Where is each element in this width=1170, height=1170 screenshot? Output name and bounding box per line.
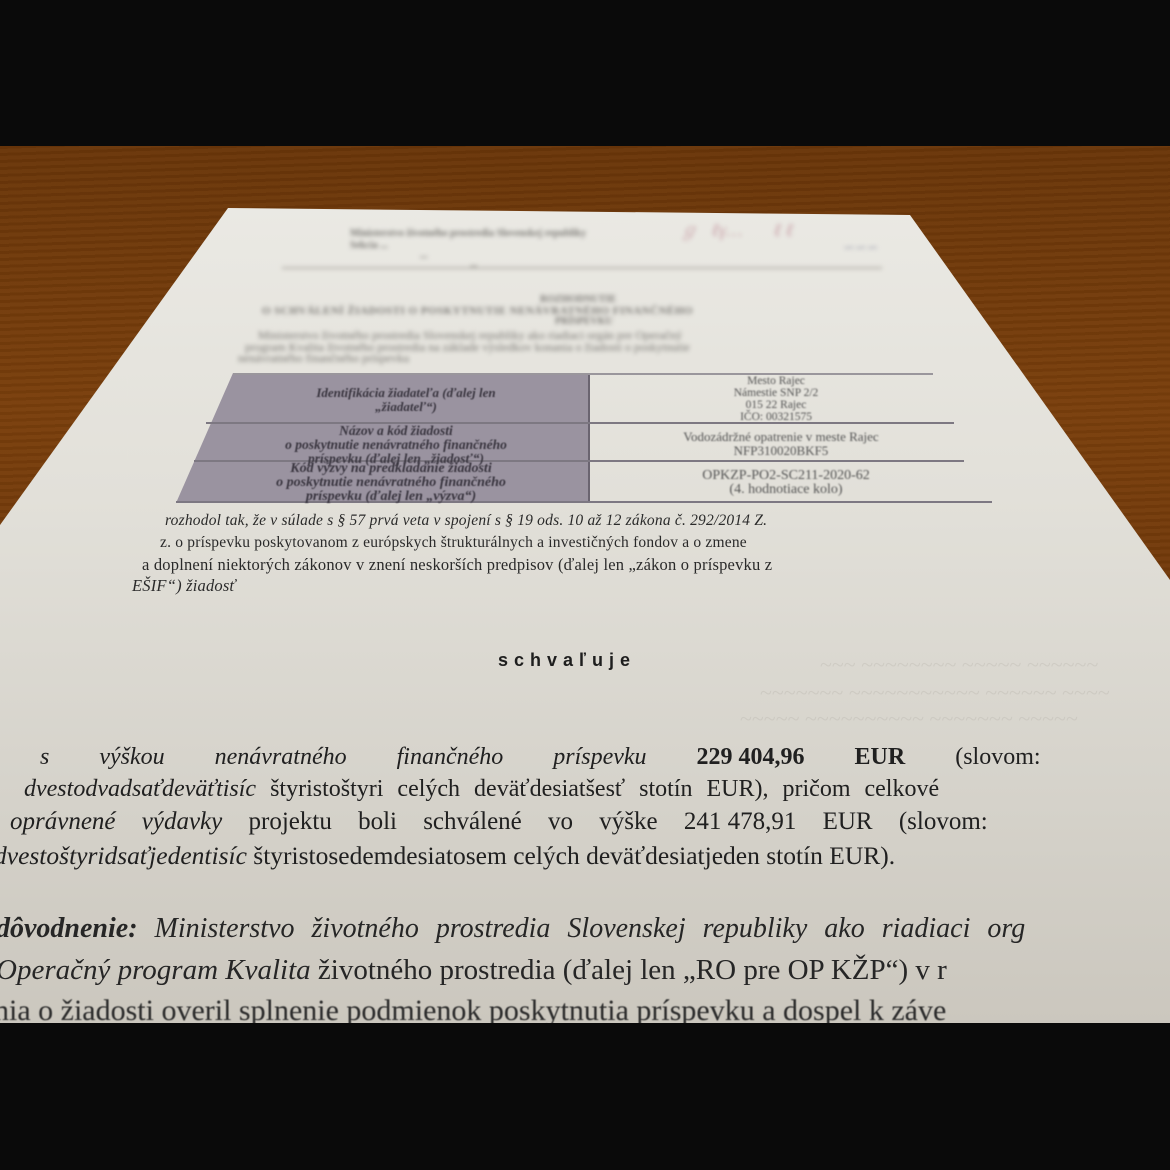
table-row-label: Kód výzvy na predkladanie žiadostio posk… <box>201 462 581 504</box>
header-rule <box>282 267 882 269</box>
photo: ℊ ℓγ… ℓ ℓ ∽∽∽ Ministerstvo životného pro… <box>0 146 1170 1023</box>
justification-label: dôvodnenie: <box>0 913 138 944</box>
amount-line-2: dvestodvadsaťdeväťtisíc štyristoštyri ce… <box>24 776 939 803</box>
justification-line-3: nia o žiadosti overil splnenie podmienok… <box>0 994 946 1023</box>
handwritten-number: ∽∽∽ <box>842 240 877 257</box>
table-row-label: Identifikácia žiadateľa (ďalej len„žiada… <box>246 386 566 414</box>
header-line: ... <box>420 250 428 261</box>
eligible-amount: 241 478,91 <box>684 808 797 835</box>
justification-line-2: Operačný program Kvalita životného prost… <box>0 954 947 987</box>
legal-basis-line: z. o príspevku poskytovanom z európskych… <box>160 534 747 552</box>
applicant-info-table: Identifikácia žiadateľa (ďalej len„žiada… <box>176 373 992 503</box>
table-row-value: Vodozádržné opatrenie v meste RajecNFP31… <box>616 430 946 458</box>
verdict-approves: schvaľuje <box>498 650 636 671</box>
decision-heading: ROZHODNUTIE <box>540 294 616 305</box>
decision-heading: O SCHVÁLENÍ ŽIADOSTI O POSKYTNUTIE NENÁV… <box>262 305 693 317</box>
legal-basis-line: EŠIF“) žiadosť <box>132 576 236 596</box>
intro-line: nenávratného finančného príspevku <box>238 351 409 366</box>
amount-line-3: oprávnené výdavky projektu boli schválen… <box>10 808 988 836</box>
table-row-value: Mesto RajecNámestie SNP 2/2015 22 RajecI… <box>616 375 936 423</box>
decision-heading: PRÍSPEVKU <box>555 316 613 327</box>
header-line: Sekcia ... <box>350 240 388 251</box>
justification-line-1: dôvodnenie: Ministerstvo životného prost… <box>0 913 1025 945</box>
bleed-through-text: ~~~~~ ~~~~~~~~~~ ~~~~~~~ ~~~~~ <box>740 706 1078 732</box>
amount-line-4: dvestoštyridsaťjedentisíc štyristosedemd… <box>0 841 895 871</box>
amount-line-1: s výškou nenávratného finančného príspev… <box>40 744 1041 771</box>
bleed-through-text: ~~~~~~~ ~~~~~~~~~~~ ~~~~~~ ~~~~ <box>760 680 1110 706</box>
bleed-through-text: ~~~ ~~~~~~~~ ~~~~~ ~~~~~~ <box>820 652 1098 678</box>
header-line: Ministerstvo životného prostredia Sloven… <box>350 228 586 239</box>
table-row-label: Názov a kód žiadostio poskytnutie nenávr… <box>216 424 576 466</box>
legal-basis-line: a doplnení niektorých zákonov v znení ne… <box>142 555 772 575</box>
grant-amount: 229 404,96 <box>697 744 805 770</box>
handwritten-note: ℊ ℓγ… ℓ ℓ <box>680 216 793 242</box>
table-row-value: OPKZP-PO2-SC211-2020-62(4. hodnotiace ko… <box>616 469 956 497</box>
legal-basis-line: rozhodol tak, že v súlade s § 57 prvá ve… <box>165 512 767 530</box>
